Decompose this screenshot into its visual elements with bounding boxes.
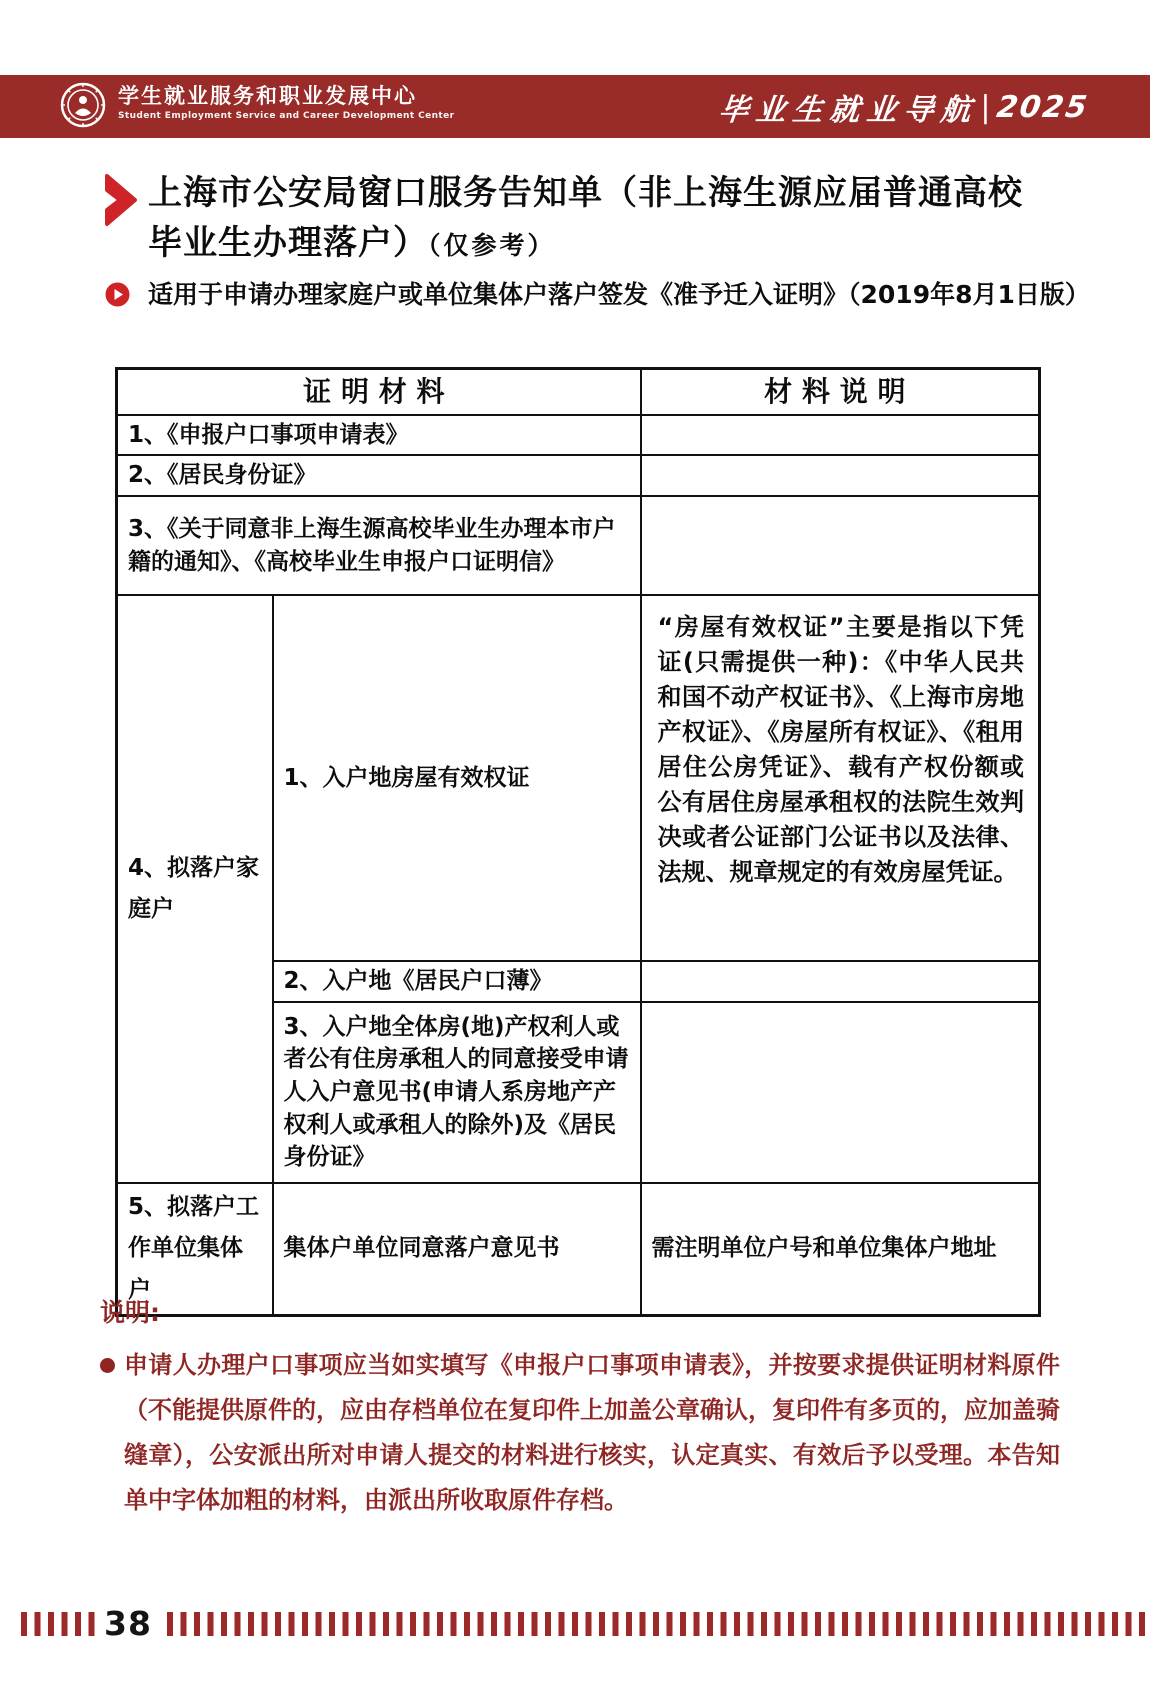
org-name-zh: 学生就业服务和职业发展中心 (118, 83, 454, 109)
material-cell: 2、入户地《居民户口薄》 (273, 961, 641, 1002)
table-row: 1、《申报户口事项申请表》 (117, 415, 1040, 456)
group-cell: 4、拟落户家庭户 (117, 595, 273, 1183)
col-header-material: 证明材料 (117, 369, 641, 415)
materials-table: 证明材料 材料说明 1、《申报户口事项申请表》 2、《居民身份证》 3、《关于同… (115, 367, 1041, 1317)
material-cell: 1、《申报户口事项申请表》 (117, 415, 641, 456)
note-text: 申请人办理户口事项应当如实填写《申报户口事项申请表》，并按要求提供证明材料原件（… (124, 1351, 1060, 1514)
brand-year: 2025 (994, 90, 1090, 125)
notes-label: 说明: (100, 1293, 1060, 1329)
description-cell (641, 415, 1040, 456)
center-seal-icon (60, 82, 106, 128)
material-cell: 3、入户地全体房(地)产权利人或者公有住房承租人的同意接受申请人入户意见书(申请… (273, 1002, 641, 1183)
col-header-description: 材料说明 (641, 369, 1040, 415)
table-row: 3、《关于同意非上海生源高校毕业生办理本市户籍的通知》、《高校毕业生申报户口证明… (117, 496, 1040, 595)
page-footer: 38 (0, 1604, 1150, 1644)
table-row: 2、《居民身份证》 (117, 455, 1040, 496)
description-cell: “房屋有效权证”主要是指以下凭证(只需提供一种)：《中华人民共和国不动产权证书》… (641, 595, 1040, 961)
brand-banner: 毕业生就业导航 | 2025 (719, 85, 1088, 129)
org-name-en: Student Employment Service and Career De… (118, 109, 454, 123)
description-cell (641, 455, 1040, 496)
title-block: 上海市公安局窗口服务告知单（非上海生源应届普通高校毕业生办理落户）（仅参考） (103, 168, 1063, 271)
org-name-block: 学生就业服务和职业发展中心 Student Employment Service… (118, 83, 454, 123)
page-number: 38 (104, 1604, 152, 1643)
subtitle: 适用于申请办理家庭户或单位集体户落户签发《准予迁入证明》（2019年8月1日版） (148, 280, 1083, 310)
page-title-note: （仅参考） (428, 231, 556, 260)
description-cell (641, 1002, 1040, 1183)
material-cell: 2、《居民身份证》 (117, 455, 641, 496)
subtitle-block: 适用于申请办理家庭户或单位集体户落户签发《准予迁入证明》（2019年8月1日版） (103, 280, 1083, 310)
footer-bars-left (21, 1612, 101, 1636)
table-row: 4、拟落户家庭户 1、入户地房屋有效权证 “房屋有效权证”主要是指以下凭证(只需… (117, 595, 1040, 961)
table-header-row: 证明材料 材料说明 (117, 369, 1040, 415)
notes-section: 说明: 申请人办理户口事项应当如实填写《申报户口事项申请表》，并按要求提供证明材… (100, 1293, 1060, 1523)
footer-bars-right (167, 1612, 1146, 1636)
brand-divider: | (980, 90, 990, 125)
description-cell (641, 496, 1040, 595)
brand-title: 毕业生就业导航 (717, 85, 981, 129)
description-cell (641, 961, 1040, 1002)
material-cell: 3、《关于同意非上海生源高校毕业生办理本市户籍的通知》、《高校毕业生申报户口证明… (117, 496, 641, 595)
note-item: 申请人办理户口事项应当如实填写《申报户口事项申请表》，并按要求提供证明材料原件（… (100, 1343, 1060, 1523)
material-cell: 1、入户地房屋有效权证 (273, 595, 641, 961)
page-title: 上海市公安局窗口服务告知单（非上海生源应届普通高校毕业生办理落户）（仅参考） (148, 168, 1053, 271)
note-bullet-icon (100, 1358, 115, 1373)
play-bullet-icon (105, 282, 130, 307)
page-title-main: 上海市公安局窗口服务告知单（非上海生源应届普通高校毕业生办理落户） (148, 173, 1023, 263)
chevron-right-icon (103, 174, 143, 226)
document-page: 学生就业服务和职业发展中心 Student Employment Service… (0, 0, 1150, 1701)
header-band: 学生就业服务和职业发展中心 Student Employment Service… (0, 75, 1150, 138)
